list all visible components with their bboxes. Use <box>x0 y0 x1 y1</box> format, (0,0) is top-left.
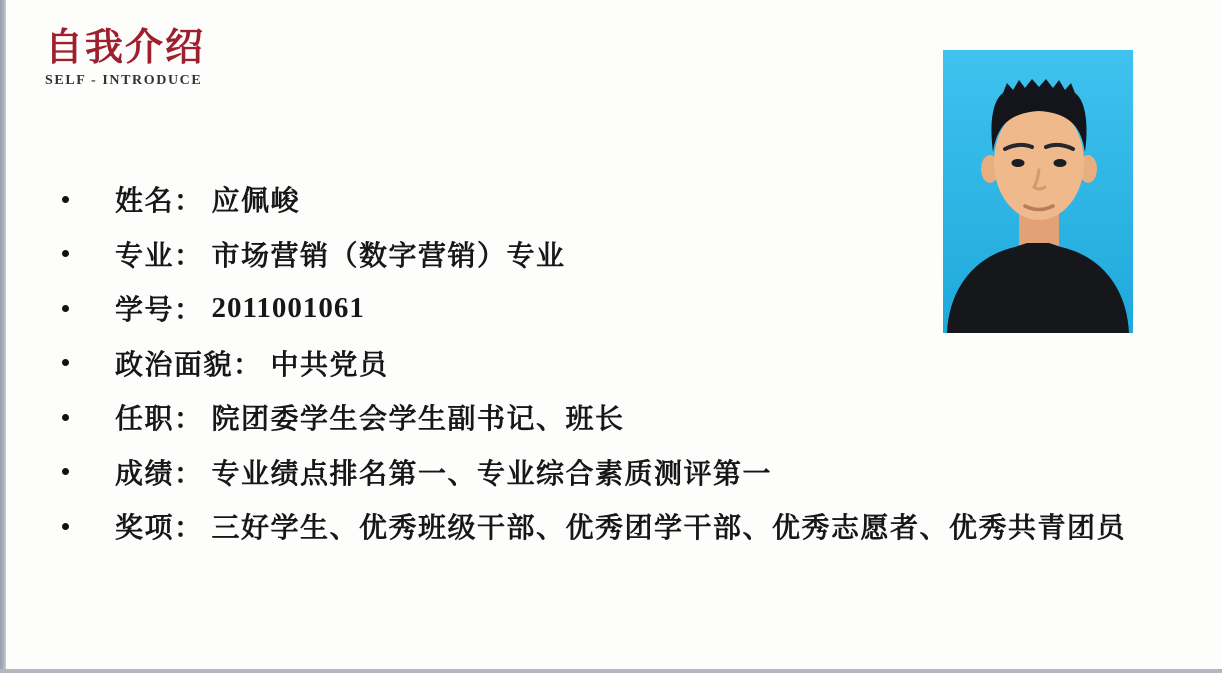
bottom-edge-shadow <box>0 669 1222 673</box>
slide-subtitle: SELF - INTRODUCE <box>45 73 205 89</box>
bullet-dot <box>62 250 69 257</box>
bullet-label: 姓名： <box>115 179 204 219</box>
bullet-item-positions: 任职： 院团委学生会学生副书记、班长 <box>60 390 1126 445</box>
portrait-image <box>943 50 1133 333</box>
bullet-dot <box>62 414 69 421</box>
slide: 自我介绍 SELF - INTRODUCE 姓名： 应佩峻 专业： 市场营销（数… <box>0 0 1222 673</box>
slide-title: 自我介绍 <box>45 29 205 69</box>
bullet-value: 三好学生、优秀班级干部、优秀团学干部、优秀志愿者、优秀共青团员 <box>212 506 1127 546</box>
bullet-item-awards: 奖项： 三好学生、优秀班级干部、优秀团学干部、优秀志愿者、优秀共青团员 <box>60 499 1126 554</box>
bullet-value: 专业绩点排名第一、专业综合素质测评第一 <box>212 452 773 492</box>
bullet-value: 市场营销（数字营销）专业 <box>212 234 566 274</box>
bullet-value: 应佩峻 <box>212 179 301 219</box>
bullet-label: 政治面貌： <box>115 343 263 383</box>
bullet-label: 奖项： <box>115 506 204 546</box>
bullet-label: 任职： <box>115 397 204 437</box>
bullet-dot <box>62 305 69 312</box>
bullet-value: 中共党员 <box>271 343 389 383</box>
bullet-label: 学号： <box>115 288 204 328</box>
bullet-dot <box>62 468 69 475</box>
bullet-dot <box>62 523 69 530</box>
bullet-dot <box>62 196 69 203</box>
bullet-item-political-status: 政治面貌： 中共党员 <box>60 336 1126 391</box>
slide-header: 自我介绍 SELF - INTRODUCE <box>45 29 205 89</box>
student-photo <box>943 50 1133 333</box>
bullet-value: 院团委学生会学生副书记、班长 <box>212 397 625 437</box>
bullet-dot <box>62 359 69 366</box>
bullet-item-grades: 成绩： 专业绩点排名第一、专业综合素质测评第一 <box>60 445 1126 500</box>
bullet-label: 成绩： <box>115 452 204 492</box>
left-edge-shadow <box>0 0 6 673</box>
bullet-label: 专业： <box>115 234 204 274</box>
bullet-value: 2011001061 <box>212 292 365 325</box>
